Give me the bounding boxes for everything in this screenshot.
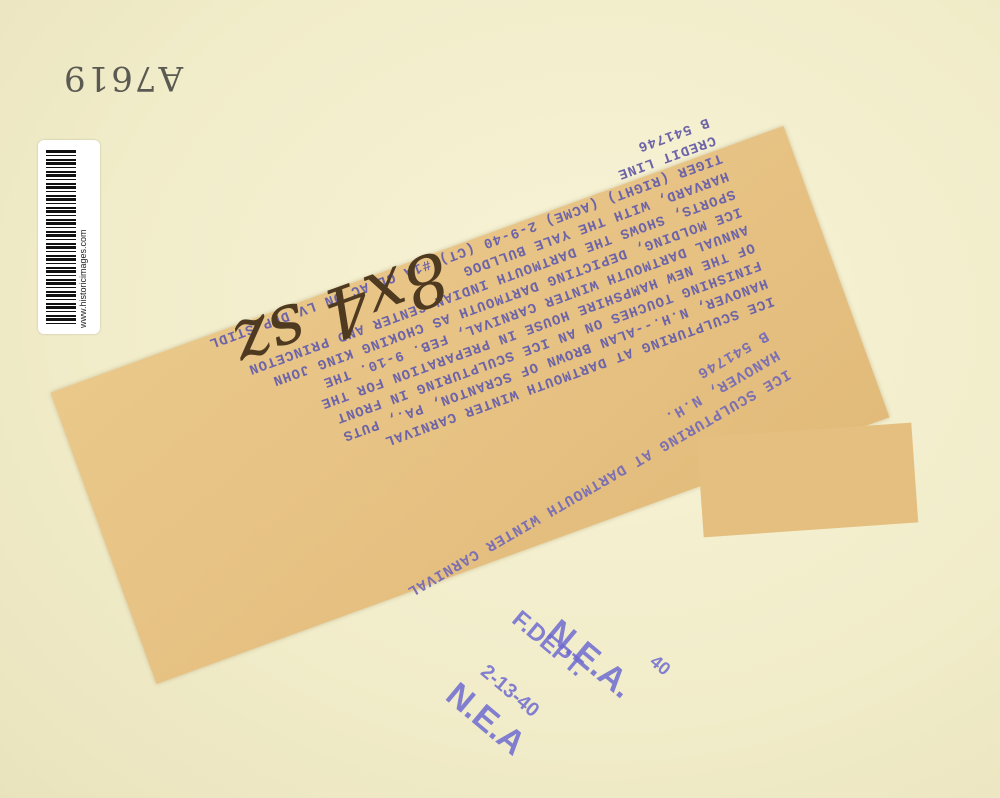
caption-sheet-tab [697, 423, 918, 538]
barcode-website: www.historicimages.com [78, 148, 98, 328]
barcode-bars [46, 150, 76, 326]
stamp-date-2: 40 [646, 651, 675, 680]
barcode-label: www.historicimages.com [38, 140, 100, 334]
handwritten-archive-code: A7619 [62, 58, 183, 98]
